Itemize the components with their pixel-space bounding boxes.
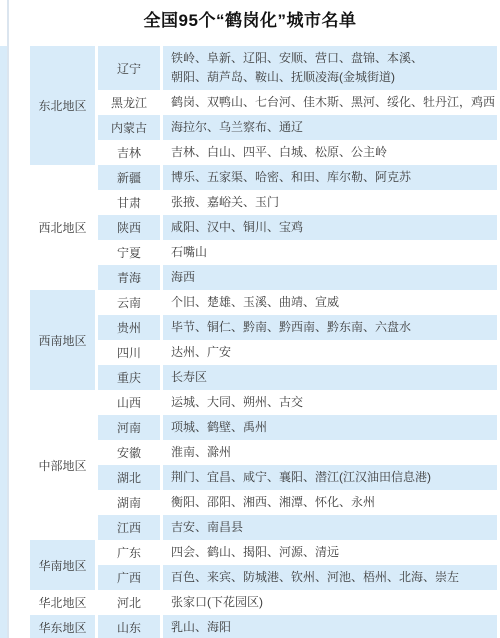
province-cell: 云南 bbox=[98, 290, 160, 315]
province-cell: 辽宁 bbox=[98, 46, 160, 90]
cities-cell: 荆门、宜昌、咸宁、襄阳、潜江(江汉油田信息港) bbox=[163, 465, 497, 490]
province-cell: 新疆 bbox=[98, 165, 160, 190]
province-cell: 河南 bbox=[98, 415, 160, 440]
region-cell: 东北地区 bbox=[30, 46, 95, 165]
table-row: 中部地区山西运城、大同、朔州、古交 bbox=[30, 390, 497, 415]
table-row: 陕西咸阳、汉中、铜川、宝鸡 bbox=[30, 215, 497, 240]
region-cell: 华北地区 bbox=[30, 590, 95, 615]
province-cell: 甘肃 bbox=[98, 190, 160, 215]
table-row: 黑龙江鹤岗、双鸭山、七台河、佳木斯、黑河、绥化、牡丹江，鸡西 bbox=[30, 90, 497, 115]
cities-cell: 石嘴山 bbox=[163, 240, 497, 265]
region-cell: 西南地区 bbox=[30, 290, 95, 390]
province-cell: 广西 bbox=[98, 565, 160, 590]
cities-cell: 吉林、白山、四平、白城、松原、公主岭 bbox=[163, 140, 497, 165]
province-cell: 山东 bbox=[98, 615, 160, 638]
table-row: 湖北荆门、宜昌、咸宁、襄阳、潜江(江汉油田信息港) bbox=[30, 465, 497, 490]
table-row: 江西吉安、南昌县 bbox=[30, 515, 497, 540]
region-cell: 华东地区 bbox=[30, 615, 95, 638]
table-row: 宁夏石嘴山 bbox=[30, 240, 497, 265]
province-cell: 湖北 bbox=[98, 465, 160, 490]
cities-cell: 长寿区 bbox=[163, 365, 497, 390]
province-cell: 内蒙古 bbox=[98, 115, 160, 140]
page-title: 全国95个“鹤岗化”城市名单 bbox=[0, 6, 500, 31]
cities-cell: 咸阳、汉中、铜川、宝鸡 bbox=[163, 215, 497, 240]
region-cell: 中部地区 bbox=[30, 390, 95, 540]
province-cell: 陕西 bbox=[98, 215, 160, 240]
cities-cell: 运城、大同、朔州、古交 bbox=[163, 390, 497, 415]
cities-cell: 百色、来宾、防城港、钦州、河池、梧州、北海、崇左 bbox=[163, 565, 497, 590]
province-cell: 河北 bbox=[98, 590, 160, 615]
table-row: 湖南衡阳、邵阳、湘西、湘潭、怀化、永州 bbox=[30, 490, 497, 515]
cities-cell: 张掖、嘉峪关、玉门 bbox=[163, 190, 497, 215]
table-row: 重庆长寿区 bbox=[30, 365, 497, 390]
province-cell: 青海 bbox=[98, 265, 160, 290]
cities-cell: 海拉尔、乌兰察布、通辽 bbox=[163, 115, 497, 140]
left-edge-line bbox=[7, 0, 9, 638]
table-row: 四川达州、广安 bbox=[30, 340, 497, 365]
province-cell: 湖南 bbox=[98, 490, 160, 515]
table-row: 河南项城、鹤壁、禹州 bbox=[30, 415, 497, 440]
table-row: 内蒙古海拉尔、乌兰察布、通辽 bbox=[30, 115, 497, 140]
table-row: 西北地区新疆博乐、五家渠、哈密、和田、库尔勒、阿克苏 bbox=[30, 165, 497, 190]
cities-cell: 毕节、铜仁、黔南、黔西南、黔东南、六盘水 bbox=[163, 315, 497, 340]
province-cell: 广东 bbox=[98, 540, 160, 565]
table-row: 华北地区河北张家口(下花园区) bbox=[30, 590, 497, 615]
cities-cell: 张家口(下花园区) bbox=[163, 590, 497, 615]
table-row: 吉林吉林、白山、四平、白城、松原、公主岭 bbox=[30, 140, 497, 165]
table-row: 安徽淮南、滁州 bbox=[30, 440, 497, 465]
cities-cell: 乳山、海阳 bbox=[163, 615, 497, 638]
table-row: 广西百色、来宾、防城港、钦州、河池、梧州、北海、崇左 bbox=[30, 565, 497, 590]
province-cell: 江西 bbox=[98, 515, 160, 540]
table-row: 甘肃张掖、嘉峪关、玉门 bbox=[30, 190, 497, 215]
cities-cell: 达州、广安 bbox=[163, 340, 497, 365]
cities-cell: 衡阳、邵阳、湘西、湘潭、怀化、永州 bbox=[163, 490, 497, 515]
table-row: 华东地区山东乳山、海阳 bbox=[30, 615, 497, 638]
table-row: 青海海西 bbox=[30, 265, 497, 290]
table-row: 贵州毕节、铜仁、黔南、黔西南、黔东南、六盘水 bbox=[30, 315, 497, 340]
province-cell: 黑龙江 bbox=[98, 90, 160, 115]
cities-cell: 博乐、五家渠、哈密、和田、库尔勒、阿克苏 bbox=[163, 165, 497, 190]
cities-cell: 淮南、滁州 bbox=[163, 440, 497, 465]
hegang-cities-table: 东北地区辽宁铁岭、阜新、辽阳、安顺、营口、盘锦、本溪、 朝阳、葫芦岛、鞍山、抚顺… bbox=[27, 46, 500, 638]
province-cell: 四川 bbox=[98, 340, 160, 365]
region-cell: 华南地区 bbox=[30, 540, 95, 590]
table-row: 西南地区云南个旧、楚雄、玉溪、曲靖、宣威 bbox=[30, 290, 497, 315]
cities-cell: 海西 bbox=[163, 265, 497, 290]
region-cell: 西北地区 bbox=[30, 165, 95, 290]
cities-cell: 鹤岗、双鸭山、七台河、佳木斯、黑河、绥化、牡丹江，鸡西 bbox=[163, 90, 497, 115]
left-edge-strip bbox=[0, 46, 7, 638]
table-row: 东北地区辽宁铁岭、阜新、辽阳、安顺、营口、盘锦、本溪、 朝阳、葫芦岛、鞍山、抚顺… bbox=[30, 46, 497, 90]
province-cell: 安徽 bbox=[98, 440, 160, 465]
cities-cell: 个旧、楚雄、玉溪、曲靖、宣威 bbox=[163, 290, 497, 315]
province-cell: 宁夏 bbox=[98, 240, 160, 265]
province-cell: 重庆 bbox=[98, 365, 160, 390]
table-row: 华南地区广东四会、鹤山、揭阳、河源、清远 bbox=[30, 540, 497, 565]
cities-cell: 吉安、南昌县 bbox=[163, 515, 497, 540]
province-cell: 吉林 bbox=[98, 140, 160, 165]
table-body: 东北地区辽宁铁岭、阜新、辽阳、安顺、营口、盘锦、本溪、 朝阳、葫芦岛、鞍山、抚顺… bbox=[30, 46, 497, 638]
cities-cell: 铁岭、阜新、辽阳、安顺、营口、盘锦、本溪、 朝阳、葫芦岛、鞍山、抚顺凌海(金城街… bbox=[163, 46, 497, 90]
cities-cell: 项城、鹤壁、禹州 bbox=[163, 415, 497, 440]
cities-cell: 四会、鹤山、揭阳、河源、清远 bbox=[163, 540, 497, 565]
province-cell: 山西 bbox=[98, 390, 160, 415]
province-cell: 贵州 bbox=[98, 315, 160, 340]
